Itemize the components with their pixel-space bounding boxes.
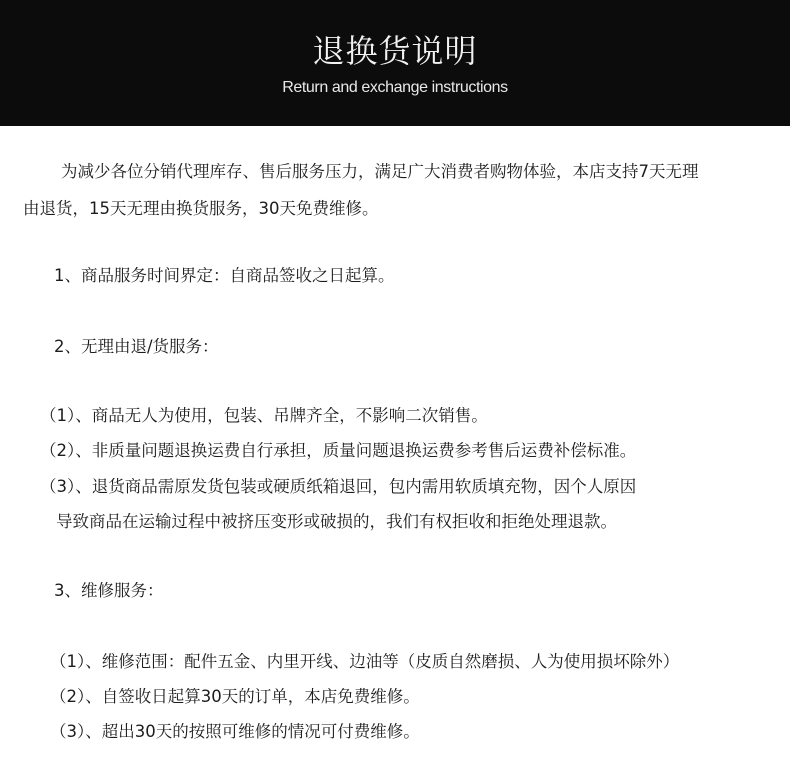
page-subtitle: Return and exchange instructions <box>0 77 790 99</box>
page-header: 退换货说明 Return and exchange instructions <box>0 0 790 126</box>
section-2-item-1: （1）、商品无人为使用，包装、吊牌齐全，不影响二次销售。 <box>40 404 488 428</box>
intro-line-1: 为减少各位分销代理库存、售后服务压力，满足广大消费者购物体验，本店支持7天无理 <box>61 160 699 184</box>
section-3-item-1: （1）、维修范围：配件五金、内里开线、边油等（皮质自然磨损、人为使用损坏除外） <box>50 650 679 674</box>
section-2-item-3-cont: 导致商品在运输过程中被挤压变形或破损的，我们有权拒收和拒绝处理退款。 <box>56 510 617 534</box>
section-3-item-3: （3）、超出30天的按照可维修的情况可付费维修。 <box>50 720 420 744</box>
section-2-heading: 2、无理由退/货服务： <box>54 335 219 359</box>
section-1-heading: 1、商品服务时间界定：自商品签收之日起算。 <box>54 264 395 288</box>
section-3-heading: 3、维修服务： <box>54 579 164 603</box>
section-2-item-3: （3）、退货商品需原发货包装或硬质纸箱退回，包内需用软质填充物，因个人原因 <box>40 475 636 499</box>
section-3-item-2: （2）、自签收日起算30天的订单，本店免费维修。 <box>50 685 420 709</box>
section-2-item-2: （2）、非质量问题退换运费自行承担，质量问题退换运费参考售后运费补偿标准。 <box>40 439 636 463</box>
intro-line-2: 由退货，15天无理由换货服务，30天免费维修。 <box>23 197 379 221</box>
page-title: 退换货说明 <box>0 30 790 72</box>
